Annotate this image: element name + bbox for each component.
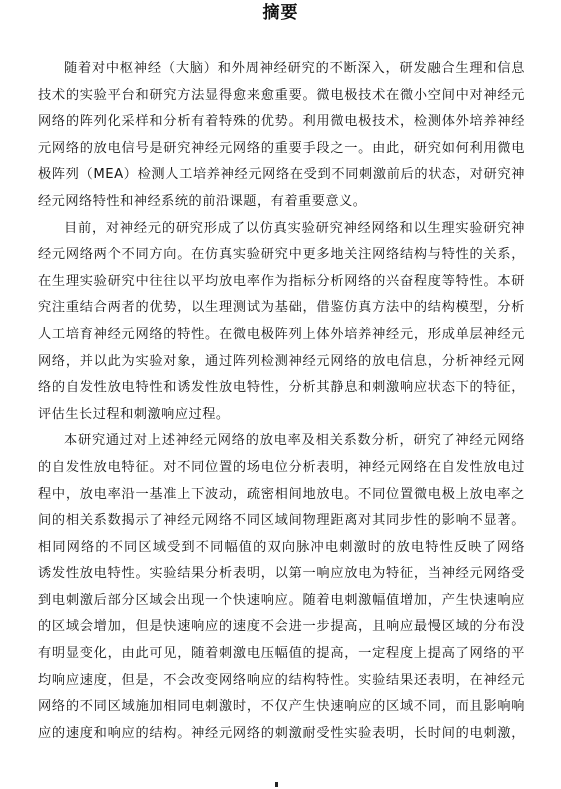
paragraph-2-line: 网络，并以此为实验对象，通过阵列检测神经元网络的放电信息，分析神经元网	[38, 349, 525, 376]
paragraph-1-line: 元网络的放电信号是研究神经元网络的重要手段之一。由此，研究如何利用微电	[38, 136, 525, 163]
paragraph-2-line: 人工培育神经元网络的特性。在微电极阵列上体外培养神经元，形成单层神经元	[38, 322, 525, 349]
paragraph-3-line: 应的速度和响应的结构。神经元网络的刺激耐受性实验表明，长时间的电刺激，	[38, 721, 525, 748]
paragraph-3-line: 的自发性放电特征。对不同位置的场电位分析表明，神经元网络在自发性放电过	[38, 455, 525, 482]
paragraph-2-line: 络的自发性放电特性和诱发性放电特性，分析其静息和刺激响应状态下的特征，	[38, 375, 525, 402]
document-page: 摘要 随着对中枢神经（大脑）和外周神经研究的不断深入，研发融合生理和信息 技术的…	[0, 0, 561, 789]
page-number-mark	[275, 782, 278, 787]
paragraph-3-line: 到电刺激后部分区域会出现一个快速响应。随着电刺激幅值增加，产生快速响应	[38, 588, 525, 615]
paragraph-2-line: 目前，对神经元的研究形成了以仿真实验研究神经网络和以生理实验研究神	[38, 216, 525, 243]
paragraph-3-line: 程中，放电率沿一基准上下波动，疏密相间地放电。不同位置微电极上放电率之	[38, 482, 525, 509]
paragraph-3-line: 本研究通过对上述神经元网络的放电率及相关系数分析，研究了神经元网络	[38, 428, 525, 455]
paragraph-1-line: 网络的阵列化采样和分析有着特殊的优势。利用微电极技术，检测体外培养神经	[38, 109, 525, 136]
paragraph-3-line: 网络的不同区域施加相同电刺激时，不仅产生快速响应的区域不同，而且影响响	[38, 694, 525, 721]
abstract-body: 随着对中枢神经（大脑）和外周神经研究的不断深入，研发融合生理和信息 技术的实验平…	[38, 56, 525, 747]
paragraph-1-line: 技术的实验平台和研究方法显得愈来愈重要。微电极技术在微小空间中对神经元	[38, 83, 525, 110]
paragraph-2-line: 评估生长过程和刺激响应过程。	[38, 402, 525, 429]
paragraph-3-line: 相同网络的不同区域受到不同幅值的双向脉冲电刺激时的放电特性反映了网络	[38, 535, 525, 562]
paragraph-1-line: 极阵列（MEA）检测人工培养神经元网络在受到不同刺激前后的状态，对研究神	[38, 162, 525, 189]
paragraph-3-line: 的区域会增加，但是快速响应的速度不会进一步提高，且响应最慢区域的分布没	[38, 614, 525, 641]
paragraph-2-line: 经元网络两个不同方向。在仿真实验研究中更多地关注网络结构与特性的关系，	[38, 242, 525, 269]
page-title: 摘要	[0, 2, 561, 24]
paragraph-2-line: 究注重结合两者的优势，以生理测试为基础，借鉴仿真方法中的结构模型，分析	[38, 295, 525, 322]
paragraph-3-line: 间的相关系数揭示了神经元网络不同区域间物理距离对其同步性的影响不显著。	[38, 508, 525, 535]
paragraph-3-line: 有明显变化，由此可见，随着刺激电压幅值的提高，一定程度上提高了网络的平	[38, 641, 525, 668]
paragraph-3-line: 均响应速度，但是，不会改变网络响应的结构特性。实验结果还表明，在神经元	[38, 668, 525, 695]
paragraph-1-line: 随着对中枢神经（大脑）和外周神经研究的不断深入，研发融合生理和信息	[38, 56, 525, 83]
paragraph-1-line: 经元网络特性和神经系统的前沿课题，有着重要意义。	[38, 189, 525, 216]
paragraph-3-line: 诱发性放电特性。实验结果分析表明，以第一响应放电为特征，当神经元网络受	[38, 561, 525, 588]
paragraph-2-line: 在生理实验研究中往往以平均放电率作为指标分析网络的兴奋程度等特性。本研	[38, 269, 525, 296]
